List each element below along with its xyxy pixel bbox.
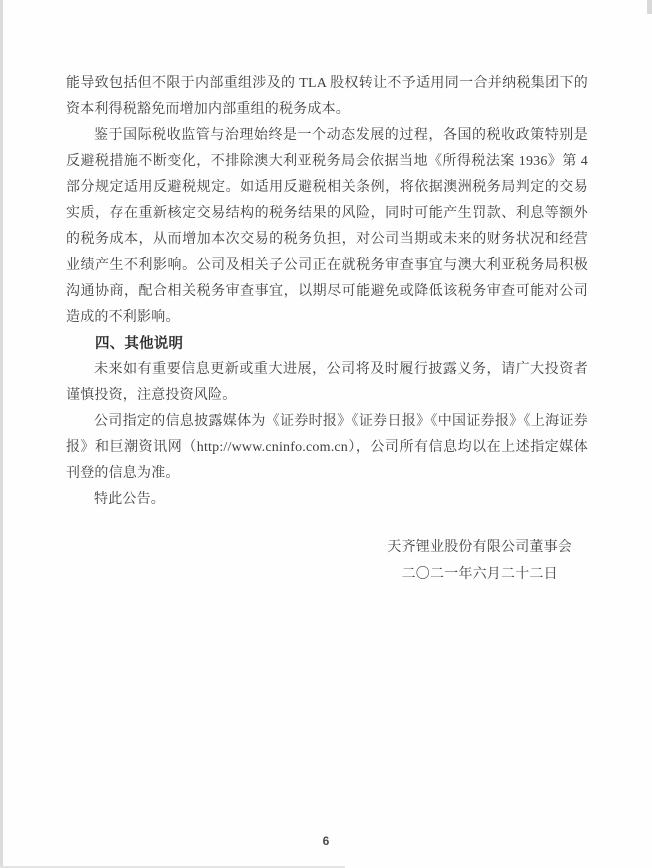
document-page: 能导致包括但不限于内部重组涉及的 TLA 股权转让不予适用同一合并纳税集团下的资… (0, 0, 652, 868)
paragraph-future-disclosure: 未来如有重要信息更新或重大进展，公司将及时履行披露义务，请广大投资者谨慎投资，注… (66, 357, 588, 409)
paragraph-anti-avoidance-risk: 鉴于国际税收监管与治理始终是一个动态发展的过程，各国的税收政策特别是反避税措施不… (66, 123, 588, 331)
page-left-edge (0, 0, 3, 868)
paragraph-announcement-closing: 特此公告。 (66, 487, 588, 513)
document-content: 能导致包括但不限于内部重组涉及的 TLA 股权转让不予适用同一合并纳税集团下的资… (66, 71, 588, 588)
signature-date: 二〇二一年六月二十二日 (387, 561, 572, 588)
page-corner-artifact (647, 0, 652, 14)
signature-inner: 天齐锂业股份有限公司董事会 二〇二一年六月二十二日 (387, 534, 572, 588)
paragraph-designated-media: 公司指定的信息披露媒体为《证券时报》《证券日报》《中国证券报》《上海证券报》和巨… (66, 409, 588, 487)
page-number: 6 (0, 834, 652, 848)
signature-company: 天齐锂业股份有限公司董事会 (387, 534, 572, 561)
signature-block: 天齐锂业股份有限公司董事会 二〇二一年六月二十二日 (66, 534, 572, 588)
paragraph-tax-cost-continuation: 能导致包括但不限于内部重组涉及的 TLA 股权转让不予适用同一合并纳税集团下的资… (66, 71, 588, 123)
section-heading-other-notes: 四、其他说明 (66, 331, 588, 357)
